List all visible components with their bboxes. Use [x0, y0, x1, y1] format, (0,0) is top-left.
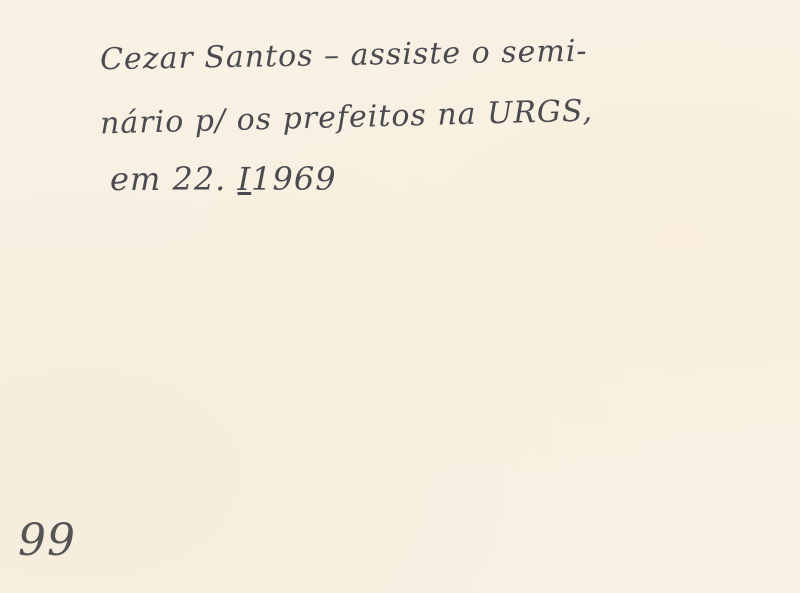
- handwritten-line-2: nário p/ os prefeitos na URGS,: [100, 94, 594, 142]
- date-prefix: em: [110, 160, 172, 198]
- date-sep: .: [215, 160, 237, 198]
- date-year: 1969: [251, 160, 336, 198]
- handwritten-date-line: em 22. I1969: [110, 160, 337, 198]
- handwritten-line-1: Cezar Santos – assiste o semi-: [100, 34, 588, 78]
- date-month: I: [238, 160, 252, 198]
- date-day: 22: [172, 160, 215, 198]
- photo-back: Cezar Santos – assiste o semi- nário p/ …: [0, 0, 800, 593]
- corner-number: 99: [18, 515, 76, 566]
